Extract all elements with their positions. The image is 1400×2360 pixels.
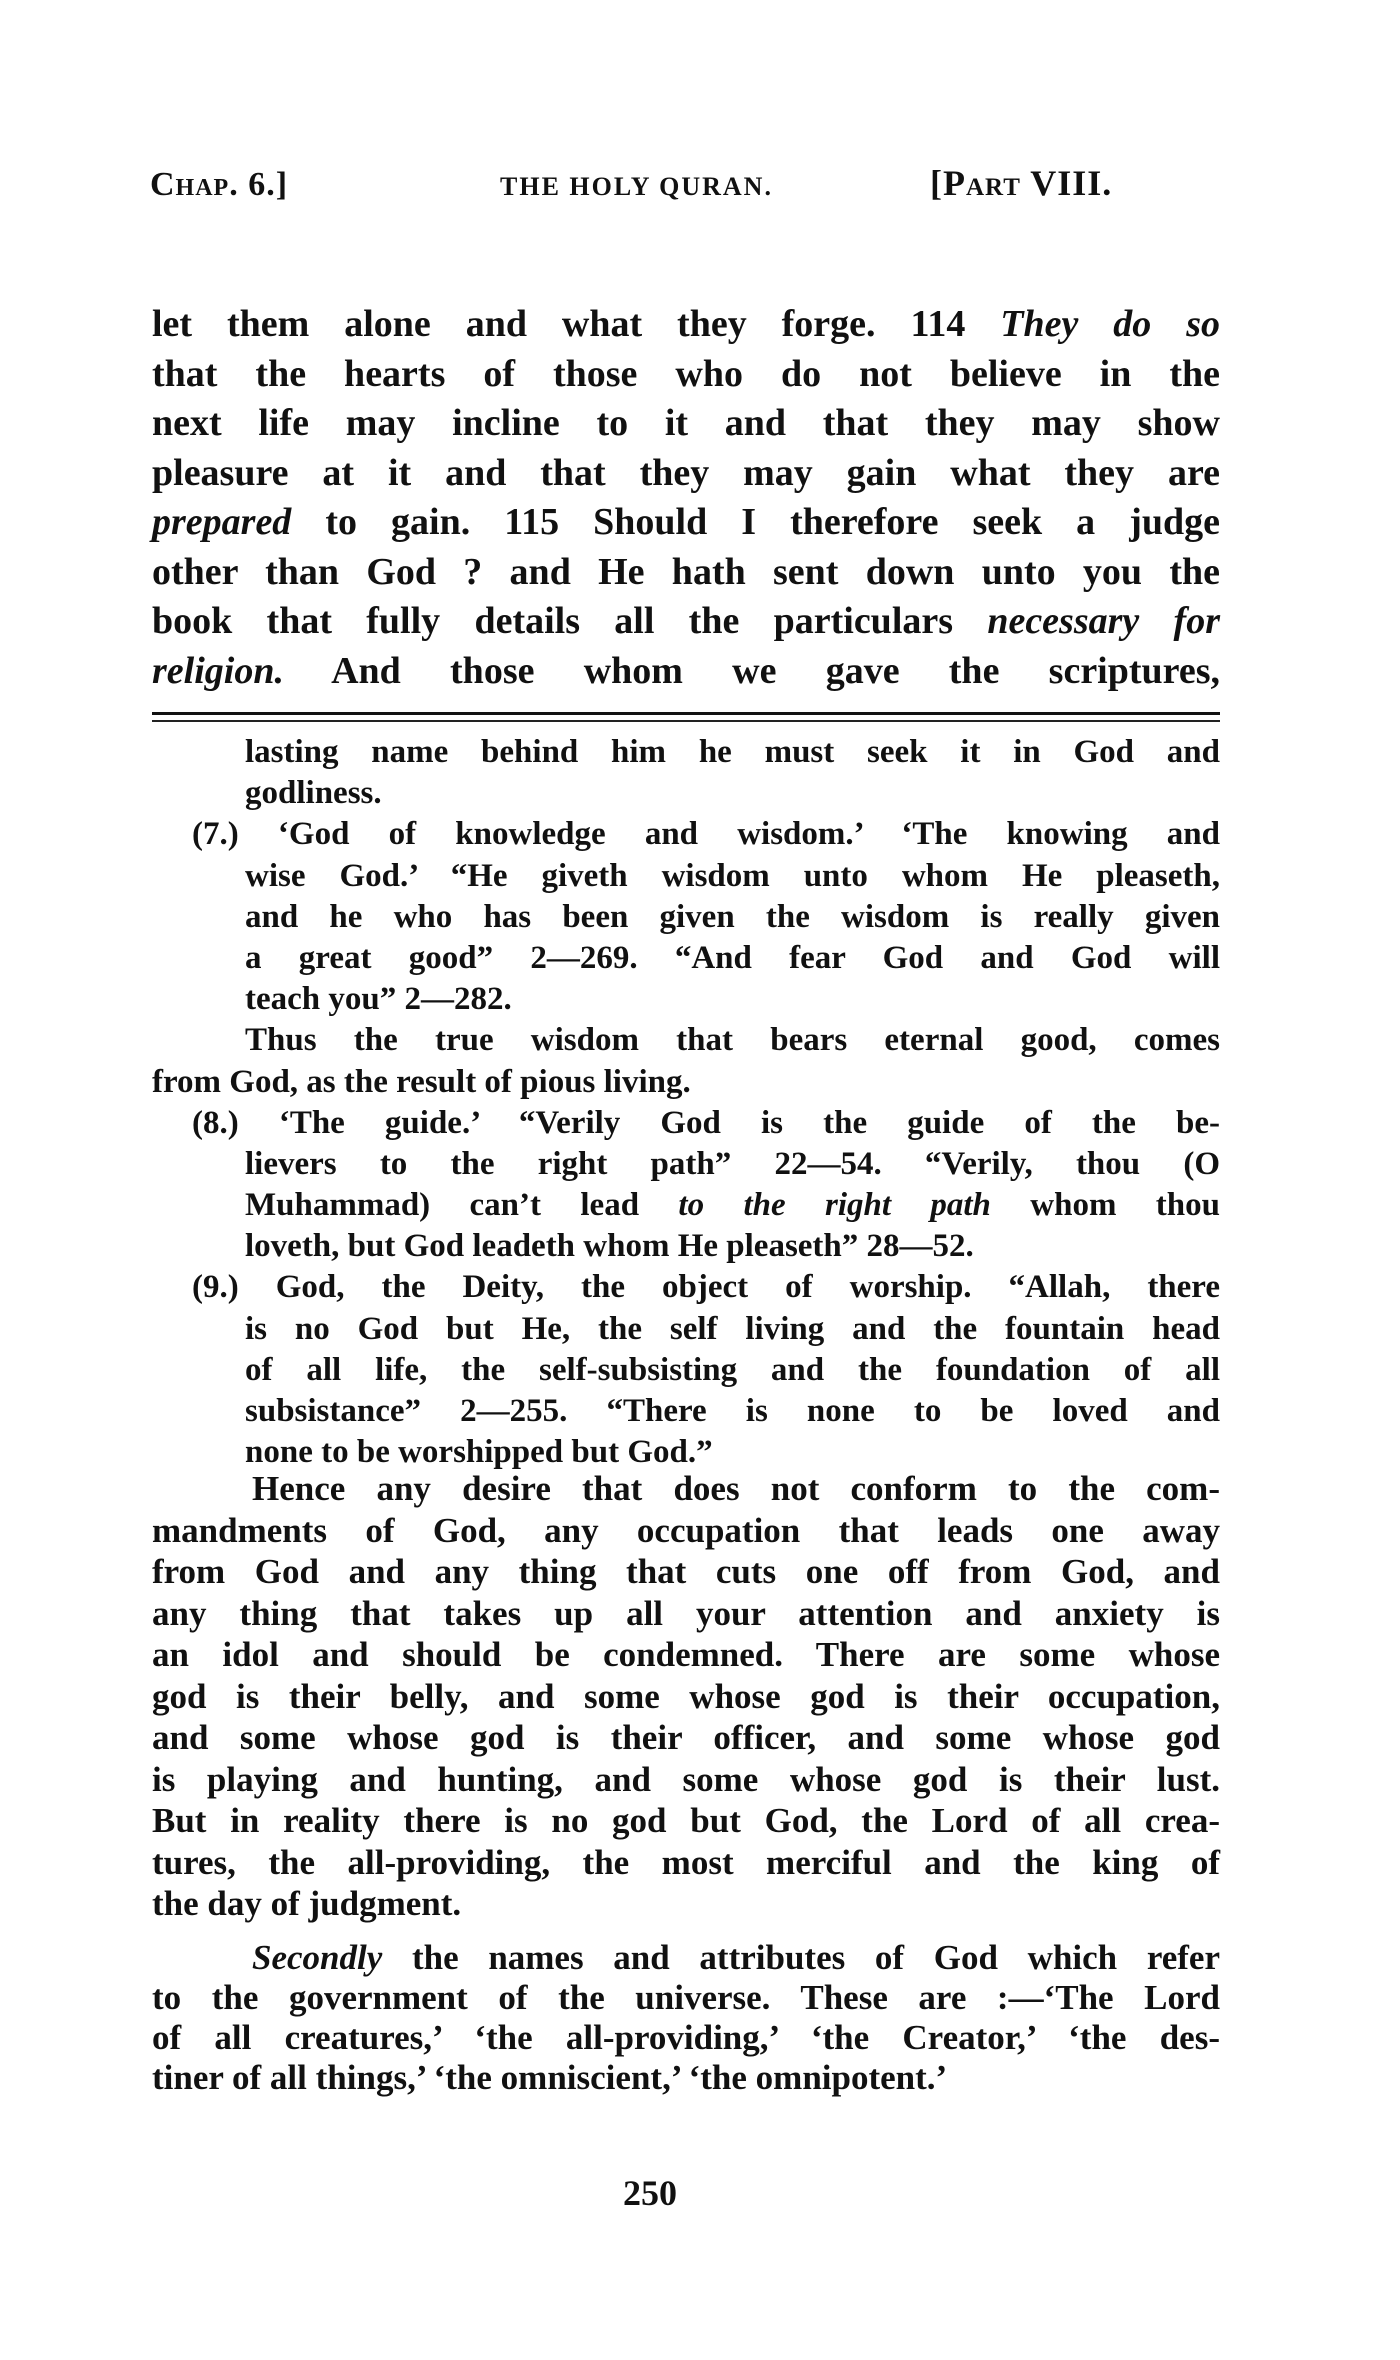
text-line: But in reality there is no god but God, … xyxy=(152,1800,1220,1842)
text-line: let them alone and what they forge. 114 … xyxy=(152,300,1220,350)
chapter-label: Chap. 6.] xyxy=(150,166,288,204)
text-line: from God and any thing that cuts one off… xyxy=(152,1551,1220,1593)
text-line: Secondly the names and attributes of God… xyxy=(152,1938,1220,1978)
text-line: mandments of God, any occupation that le… xyxy=(152,1510,1220,1552)
footnote-line: teach you” 2—282. xyxy=(152,979,1220,1020)
running-head: Chap. 6.] THE HOLY QURAN. [Part VIII. xyxy=(150,158,1220,208)
page-number: 250 xyxy=(0,2172,1300,2214)
footnote-divider-secondary xyxy=(152,720,1220,722)
footnote-item-8: (8.) ‘The guide.’ “Verily God is the gui… xyxy=(152,1103,1220,1144)
text-line: to the government of the universe. These… xyxy=(152,1978,1220,2018)
footnote-divider xyxy=(152,712,1220,715)
text-line: an idol and should be condemned. There a… xyxy=(152,1634,1220,1676)
footnote-line: a great good” 2—269. “And fear God and G… xyxy=(152,938,1220,979)
footnote-line: lievers to the right path” 22—54. “Veril… xyxy=(152,1144,1220,1185)
footnote-item-7: (7.) ‘God of knowledge and wisdom.’ ‘The… xyxy=(152,814,1220,855)
book-title: THE HOLY QURAN. xyxy=(500,172,773,202)
text-line: tiner of all things,’ ‘the omniscient,’ … xyxy=(152,2058,1220,2098)
text-line: next life may incline to it and that the… xyxy=(152,399,1220,449)
secondly-paragraph: Secondly the names and attributes of God… xyxy=(152,1938,1220,2098)
footnote-line: lasting name behind him he must seek it … xyxy=(152,732,1220,773)
text-line: tures, the all-providing, the most merci… xyxy=(152,1842,1220,1884)
footnote-line: Muhammad) can’t lead to the right path w… xyxy=(152,1185,1220,1226)
text-line: of all creatures,’ ‘the all-providing,’ … xyxy=(152,2018,1220,2058)
footnote-line: and he who has been given the wisdom is … xyxy=(152,897,1220,938)
footnote-block: lasting name behind him he must seek it … xyxy=(152,732,1220,1473)
footnote-line: of all life, the self-subsisting and the… xyxy=(152,1350,1220,1391)
text-line: pleasure at it and that they may gain wh… xyxy=(152,449,1220,499)
text-line: Hence any desire that does not conform t… xyxy=(152,1468,1220,1510)
footnote-line: wise God.’ “He giveth wisdom unto whom H… xyxy=(152,856,1220,897)
text-line: religion. And those whom we gave the scr… xyxy=(152,647,1220,697)
book-page: Chap. 6.] THE HOLY QURAN. [Part VIII. le… xyxy=(0,0,1400,2360)
text-line: book that fully details all the particul… xyxy=(152,597,1220,647)
footnote-line: loveth, but God leadeth whom He pleaseth… xyxy=(152,1226,1220,1267)
verse-text: let them alone and what they forge. 114 … xyxy=(152,300,1220,696)
text-line: and some whose god is their officer, and… xyxy=(152,1717,1220,1759)
text-line: the day of judgment. xyxy=(152,1883,1220,1925)
footnote-line: is no God but He, the self living and th… xyxy=(152,1309,1220,1350)
idol-paragraph: Hence any desire that does not conform t… xyxy=(152,1468,1220,1925)
text-line: any thing that takes up all your attenti… xyxy=(152,1593,1220,1635)
part-label: [Part VIII. xyxy=(930,162,1112,204)
footnote-line: subsistance” 2—255. “There is none to be… xyxy=(152,1391,1220,1432)
footnote-line: from God, as the result of pious living. xyxy=(152,1062,1220,1103)
footnote-line: Thus the true wisdom that bears eternal … xyxy=(152,1020,1220,1061)
footnote-line: godliness. xyxy=(152,773,1220,814)
text-line: other than God ? and He hath sent down u… xyxy=(152,548,1220,598)
footnote-item-9: (9.) God, the Deity, the object of worsh… xyxy=(152,1267,1220,1308)
text-line: god is their belly, and some whose god i… xyxy=(152,1676,1220,1718)
text-line: that the hearts of those who do not beli… xyxy=(152,350,1220,400)
text-line: is playing and hunting, and some whose g… xyxy=(152,1759,1220,1801)
text-line: prepared to gain. 115 Should I therefore… xyxy=(152,498,1220,548)
